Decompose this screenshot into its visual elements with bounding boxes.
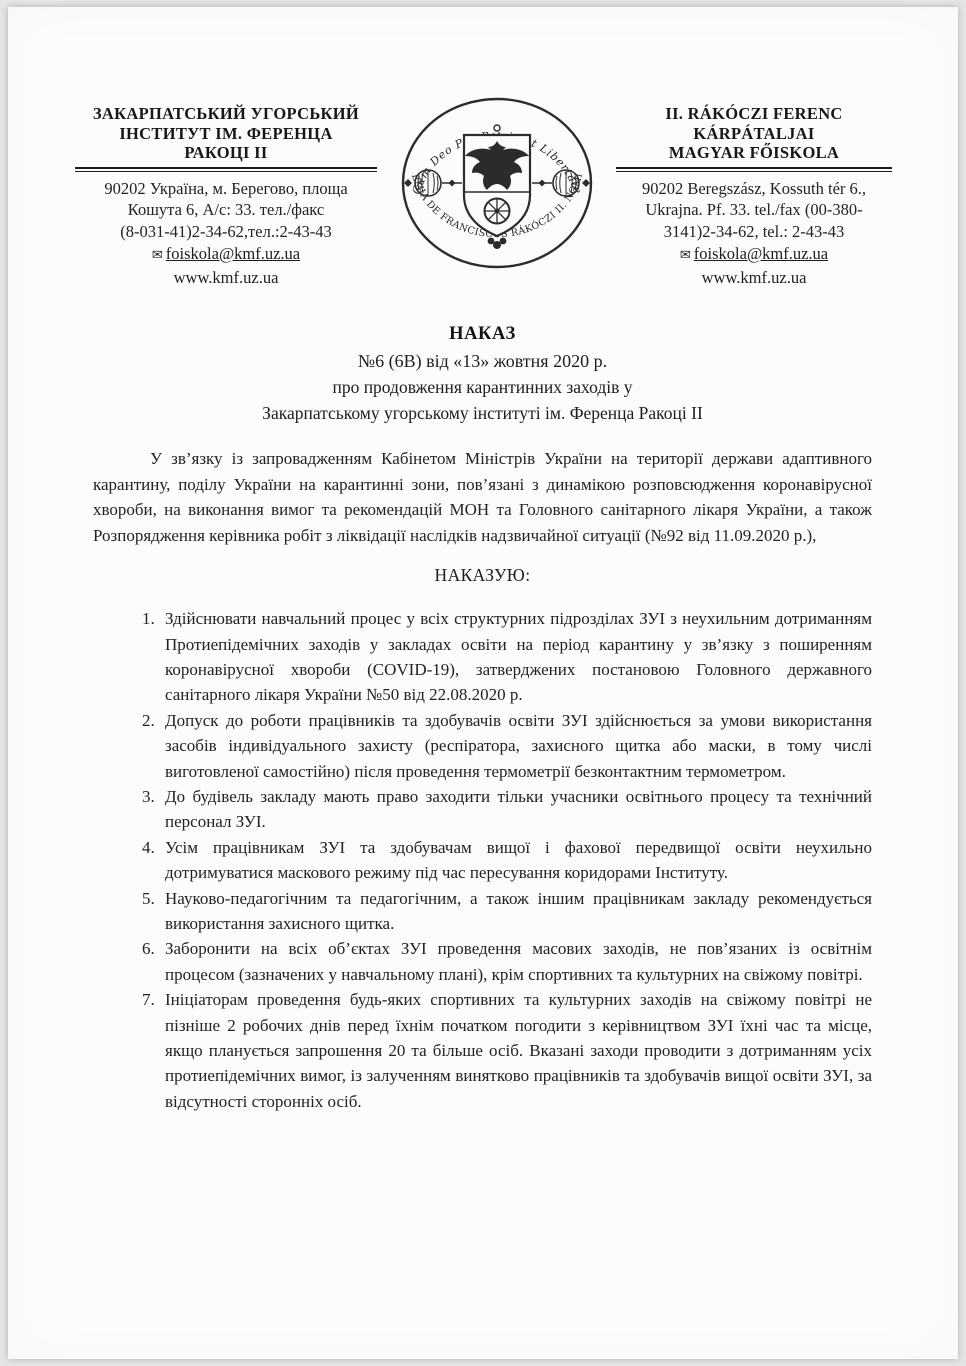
institute-name-uk-line1: ЗАКАРПАТСЬКИЙ УГОРСЬКИЙ <box>75 104 377 124</box>
list-item-number: 1. <box>142 606 165 708</box>
email-row: ✉foiskola@kmf.uz.ua <box>616 243 892 267</box>
order-subject-line2: Закарпатському угорському інституті ім. … <box>93 401 872 425</box>
email-link[interactable]: foiskola@kmf.uz.ua <box>166 244 300 263</box>
order-preamble: У зв’язку із запровадженням Кабінетом Мі… <box>93 446 872 548</box>
list-item-number: 5. <box>142 886 165 937</box>
address-line: Ukrajna. Pf. 33. tel./fax (00-380- <box>616 199 892 221</box>
list-item-number: 7. <box>142 987 165 1114</box>
list-item: 1. Здійснювати навчальний процес у всіх … <box>93 606 872 708</box>
institute-address-uk: 90202 Україна, м. Берегово, площа Кошута… <box>75 178 377 289</box>
list-item-number: 3. <box>142 784 165 835</box>
list-item: 2. Допуск до роботи працівників та здобу… <box>93 708 872 784</box>
address-line: 90202 Beregszász, Kossuth tér 6., <box>616 178 892 200</box>
document-page: ЗАКАРПАТСЬКИЙ УГОРСЬКИЙ ІНСТИТУТ ІМ. ФЕР… <box>8 7 958 1359</box>
address-line: Кошута 6, А/с: 33. тел./факс <box>75 199 377 221</box>
mail-icon: ✉ <box>680 248 691 263</box>
letterhead-left-ukrainian: ЗАКАРПАТСЬКИЙ УГОРСЬКИЙ ІНСТИТУТ ІМ. ФЕР… <box>75 104 377 288</box>
website: www.kmf.uz.ua <box>616 267 892 289</box>
website: www.kmf.uz.ua <box>75 267 377 289</box>
scanned-order-document: { "letterhead": { "left": { "title_lines… <box>0 0 966 1366</box>
email-link[interactable]: foiskola@kmf.uz.ua <box>694 244 828 263</box>
institute-name-uk: ЗАКАРПАТСЬКИЙ УГОРСЬКИЙ ІНСТИТУТ ІМ. ФЕР… <box>75 104 377 163</box>
address-line: (8-031-41)2-34-62,тел.:2-43-43 <box>75 221 377 243</box>
seal-column: Cum Deo Pro Patria et Libertate ACADEMIA… <box>377 95 616 271</box>
letterhead-divider-rule <box>616 167 892 172</box>
institute-name-hu-line1: II. RÁKÓCZI FERENC <box>616 104 892 124</box>
directive-list: 1. Здійснювати навчальний процес у всіх … <box>93 606 872 1114</box>
list-item-text: Усім працівникам ЗУІ та здобувачам вищої… <box>165 835 872 886</box>
list-item-text: Ініціаторам проведення будь-яких спортив… <box>165 987 872 1114</box>
order-title: НАКАЗ <box>93 322 872 346</box>
address-line: 3141)2-34-62, tel.: 2-43-43 <box>616 221 892 243</box>
mail-icon: ✉ <box>152 248 163 263</box>
letterhead-right-hungarian: II. RÁKÓCZI FERENC KÁRPÁTALJAI MAGYAR FŐ… <box>616 104 892 288</box>
institute-name-hu: II. RÁKÓCZI FERENC KÁRPÁTALJAI MAGYAR FŐ… <box>616 104 892 163</box>
institute-name-hu-line2: KÁRPÁTALJAI <box>616 124 892 144</box>
list-item-text: Допуск до роботи працівників та здобувач… <box>165 708 872 784</box>
institute-name-uk-line2: ІНСТИТУТ ІМ. ФЕРЕНЦА <box>75 124 377 144</box>
institute-name-uk-line3: РАКОЦІ II <box>75 143 377 163</box>
list-item-text: Заборонити на всіх об’єктах ЗУІ проведен… <box>165 936 872 987</box>
seal-wheel-icon <box>484 199 509 224</box>
institute-seal: Cum Deo Pro Patria et Libertate ACADEMIA… <box>399 95 595 271</box>
order-number-date: №6 (6В) від «13» жовтня 2020 р. <box>93 349 872 373</box>
list-item: 6. Заборонити на всіх об’єктах ЗУІ прове… <box>93 936 872 987</box>
list-item: 3. До будівель закладу мають право заход… <box>93 784 872 835</box>
order-subject-line1: про продовження карантинних заходів у <box>93 375 872 399</box>
list-item: 7. Ініціаторам проведення будь-яких спор… <box>93 987 872 1114</box>
list-item-number: 4. <box>142 835 165 886</box>
list-item-text: Науково-педагогічним та педагогічним, а … <box>165 886 872 937</box>
list-item: 4. Усім працівникам ЗУІ та здобувачам ви… <box>93 835 872 886</box>
institute-address-hu: 90202 Beregszász, Kossuth tér 6., Ukrajn… <box>616 178 892 289</box>
letterhead-divider-rule <box>75 167 377 172</box>
directive-heading: НАКАЗУЮ: <box>93 565 872 586</box>
address-line: 90202 Україна, м. Берегово, площа <box>75 178 377 200</box>
institute-name-hu-line3: MAGYAR FŐISKOLA <box>616 143 892 163</box>
list-item-number: 6. <box>142 936 165 987</box>
order-header-block: НАКАЗ №6 (6В) від «13» жовтня 2020 р. пр… <box>93 322 872 425</box>
letterhead: ЗАКАРПАТСЬКИЙ УГОРСЬКИЙ ІНСТИТУТ ІМ. ФЕР… <box>8 7 958 288</box>
list-item: 5. Науково-педагогічним та педагогічним,… <box>93 886 872 937</box>
list-item-text: До будівель закладу мають право заходити… <box>165 784 872 835</box>
list-item-number: 2. <box>142 708 165 784</box>
list-item-text: Здійснювати навчальний процес у всіх стр… <box>165 606 872 708</box>
email-row: ✉foiskola@kmf.uz.ua <box>75 243 377 267</box>
order-body: НАКАЗ №6 (6В) від «13» жовтня 2020 р. пр… <box>8 322 958 1114</box>
